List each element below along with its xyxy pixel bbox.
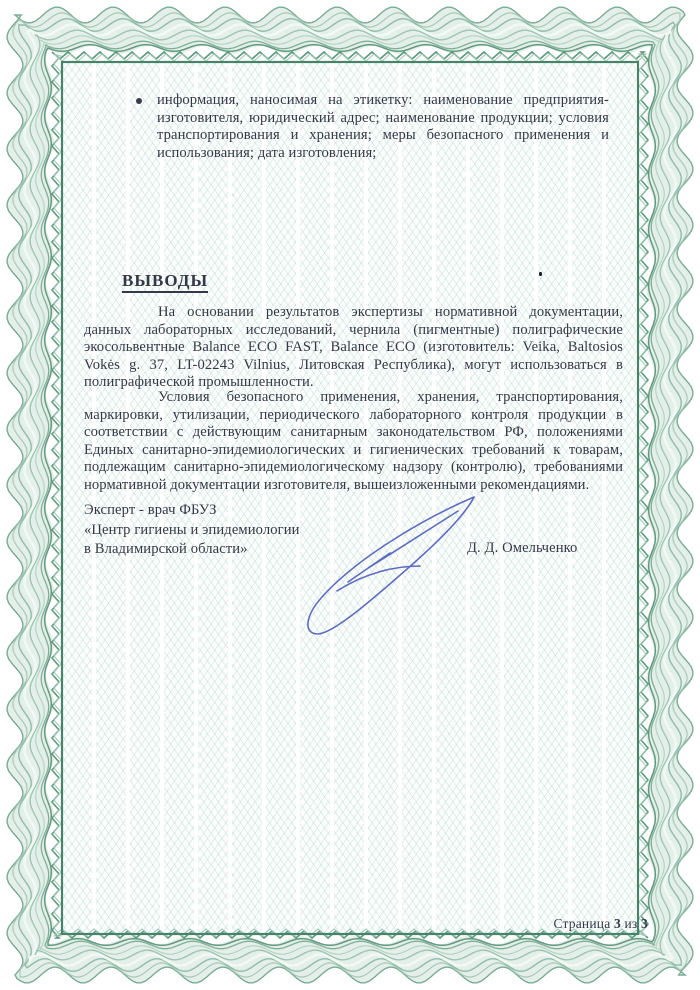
- footer-page-word: Страница: [553, 916, 610, 931]
- bullet-text: информация, наносимая на этикетку: наиме…: [157, 92, 609, 161]
- footer-page-total: 3: [641, 916, 648, 931]
- conclusion-paragraph-1: На основании результатов экспертизы норм…: [84, 304, 623, 392]
- signature-flourish: [337, 566, 420, 591]
- expert-name: Д. Д. Омельченко: [467, 540, 637, 558]
- signature-autograph: [295, 483, 490, 643]
- conclusions-heading: ВЫВОДЫ: [122, 272, 208, 293]
- bullet-icon: [136, 98, 142, 104]
- signature-stroke: [348, 511, 458, 582]
- conclusion-paragraph-2: Условия безопасного применения, хранения…: [84, 389, 623, 494]
- ink-speck: [539, 272, 542, 276]
- certificate-page: информация, наносимая на этикетку: наиме…: [0, 0, 700, 990]
- footer-page-current: 3: [614, 916, 621, 931]
- footer-of-word: из: [625, 916, 638, 931]
- page-footer: Страница 3 из 3: [540, 916, 648, 932]
- label-bullet-item: информация, наносимая на этикетку: наиме…: [157, 92, 609, 162]
